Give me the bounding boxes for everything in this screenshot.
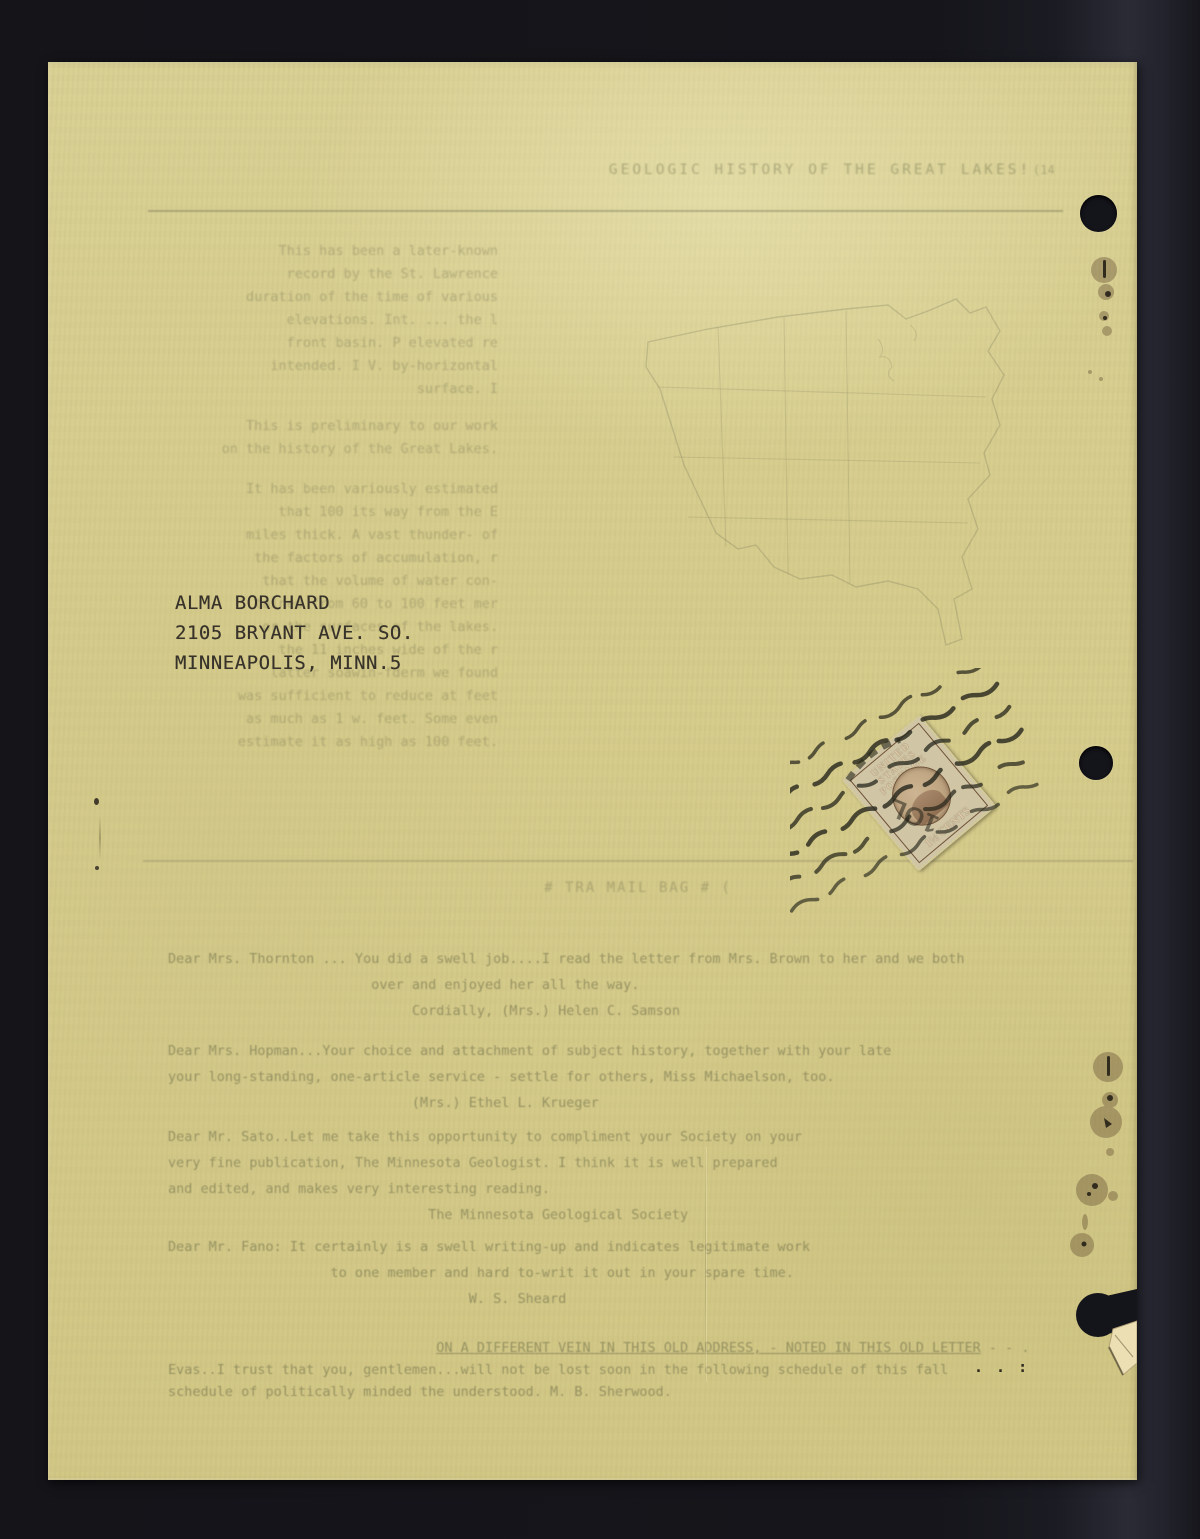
scanned-mail-page: { "page": { "background_color": "#15151b… xyxy=(0,0,1200,1539)
bleed-line: to one member and hard to-writ it out in… xyxy=(168,1260,1068,1286)
torn-punch-hole xyxy=(1063,1277,1137,1391)
bleed-line: This is preliminary to our work xyxy=(152,415,498,438)
typed-dots-mark: . . : xyxy=(974,1358,1029,1376)
recipient-address: ALMA BORCHARD 2105 BRYANT AVE. SO. MINNE… xyxy=(175,588,414,678)
bleed-line: Dear Mrs. Thornton ... You did a swell j… xyxy=(168,946,1068,972)
bleed-line: very fine publication, The Minnesota Geo… xyxy=(168,1150,1068,1176)
bleed-line: your long-standing, one-article service … xyxy=(168,1064,1068,1090)
bleed-line: front basin. P elevated re xyxy=(152,332,498,355)
scratch-mark xyxy=(99,816,101,860)
bleed-line: intended. I V. by-horizontal xyxy=(152,355,498,378)
bleedthrough-page-number: (14 xyxy=(1033,163,1055,177)
bleed-underlined-text: ON A DIFFERENT VEIN IN THIS OLD ADDRESS,… xyxy=(436,1340,981,1356)
bleed-line: Cordially, (Mrs.) Helen C. Samson xyxy=(168,998,1068,1024)
bleedthrough-paragraph: Dear Mrs. Hopman...Your choice and attac… xyxy=(168,1038,1068,1116)
address-line-3: MINNEAPOLIS, MINN.5 xyxy=(175,652,402,674)
bleed-line: It has been variously estimated xyxy=(152,478,498,501)
bleed-line: Dear Mr. Sato..Let me take this opportun… xyxy=(168,1124,1068,1150)
bleedthrough-paragraph: Dear Mr. Fano: It certainly is a swell w… xyxy=(168,1234,1068,1312)
bleed-line: was sufficient to reduce at feet xyxy=(152,685,498,708)
ink-speck xyxy=(95,866,99,870)
bleed-line: W. S. Sheard xyxy=(168,1286,1068,1312)
bleed-lead xyxy=(168,1340,436,1356)
address-line-2: 2105 BRYANT AVE. SO. xyxy=(175,622,414,644)
bleed-line: Evas..I trust that you, gentlemen...will… xyxy=(168,1359,1068,1381)
bleed-line: elevations. Int. ... the l xyxy=(152,309,498,332)
bleed-tail: - - . xyxy=(981,1340,1030,1356)
cancel-wavy-lines: 1OL xyxy=(790,668,1048,992)
bleed-line: surface. I xyxy=(152,378,498,401)
bleedthrough-rule-top xyxy=(148,210,1063,212)
bleed-line: The Minnesota Geological Society xyxy=(168,1202,1068,1228)
bleed-line: Dear Mr. Fano: It certainly is a swell w… xyxy=(168,1234,1068,1260)
bleed-line: and edited, and makes very interesting r… xyxy=(168,1176,1068,1202)
us-map-outline xyxy=(588,247,1063,737)
bleed-line: the factors of accumulation, r xyxy=(152,547,498,570)
bleed-line: duration of the time of various xyxy=(152,286,498,309)
bleed-line-underlined: ON A DIFFERENT VEIN IN THIS OLD ADDRESS,… xyxy=(168,1337,1068,1359)
bleedthrough-map xyxy=(588,247,1063,741)
bleed-line: on the history of the Great Lakes. xyxy=(152,438,498,461)
bleed-line: that 100 its way from the E xyxy=(152,501,498,524)
bleed-line: record by the St. Lawrence xyxy=(152,263,498,286)
bleedthrough-paragraph: Dear Mr. Sato..Let me take this opportun… xyxy=(168,1124,1068,1228)
paper-flap xyxy=(1109,1321,1137,1375)
bleed-line: (Mrs.) Ethel L. Krueger xyxy=(168,1090,1068,1116)
ink-stains xyxy=(1048,242,1138,1406)
bleed-line: as much as 1 w. feet. Some even xyxy=(152,708,498,731)
bleedthrough-paragraph: This has been a later-known record by th… xyxy=(152,240,498,401)
paper-sheet: GEOLOGIC HISTORY OF THE GREAT LAKES! (14… xyxy=(48,62,1137,1480)
address-line-1: ALMA BORCHARD xyxy=(175,592,330,614)
bleed-line: over and enjoyed her all the way. xyxy=(168,972,1068,998)
bleed-line: Dear Mrs. Hopman...Your choice and attac… xyxy=(168,1038,1068,1064)
bleedthrough-paragraph: This is preliminary to our work on the h… xyxy=(152,415,498,461)
paper-crease xyxy=(705,1147,706,1382)
bleed-line: miles thick. A vast thunder- of xyxy=(152,524,498,547)
bleedthrough-header: GEOLOGIC HISTORY OF THE GREAT LAKES! xyxy=(600,162,1040,178)
bleed-line: This has been a later-known xyxy=(152,240,498,263)
ink-speck xyxy=(94,798,99,805)
bleed-line: estimate it as high as 100 feet. xyxy=(152,731,498,754)
punch-hole xyxy=(1080,195,1117,232)
bleedthrough-paragraph: Dear Mrs. Thornton ... You did a swell j… xyxy=(168,946,1068,1024)
tear-shape xyxy=(1063,1277,1137,1387)
bleedthrough-paragraph: ON A DIFFERENT VEIN IN THIS OLD ADDRESS,… xyxy=(168,1337,1068,1403)
stain-blobs xyxy=(1048,242,1138,1402)
bleed-line: schedule of politically minded the under… xyxy=(168,1381,1068,1403)
